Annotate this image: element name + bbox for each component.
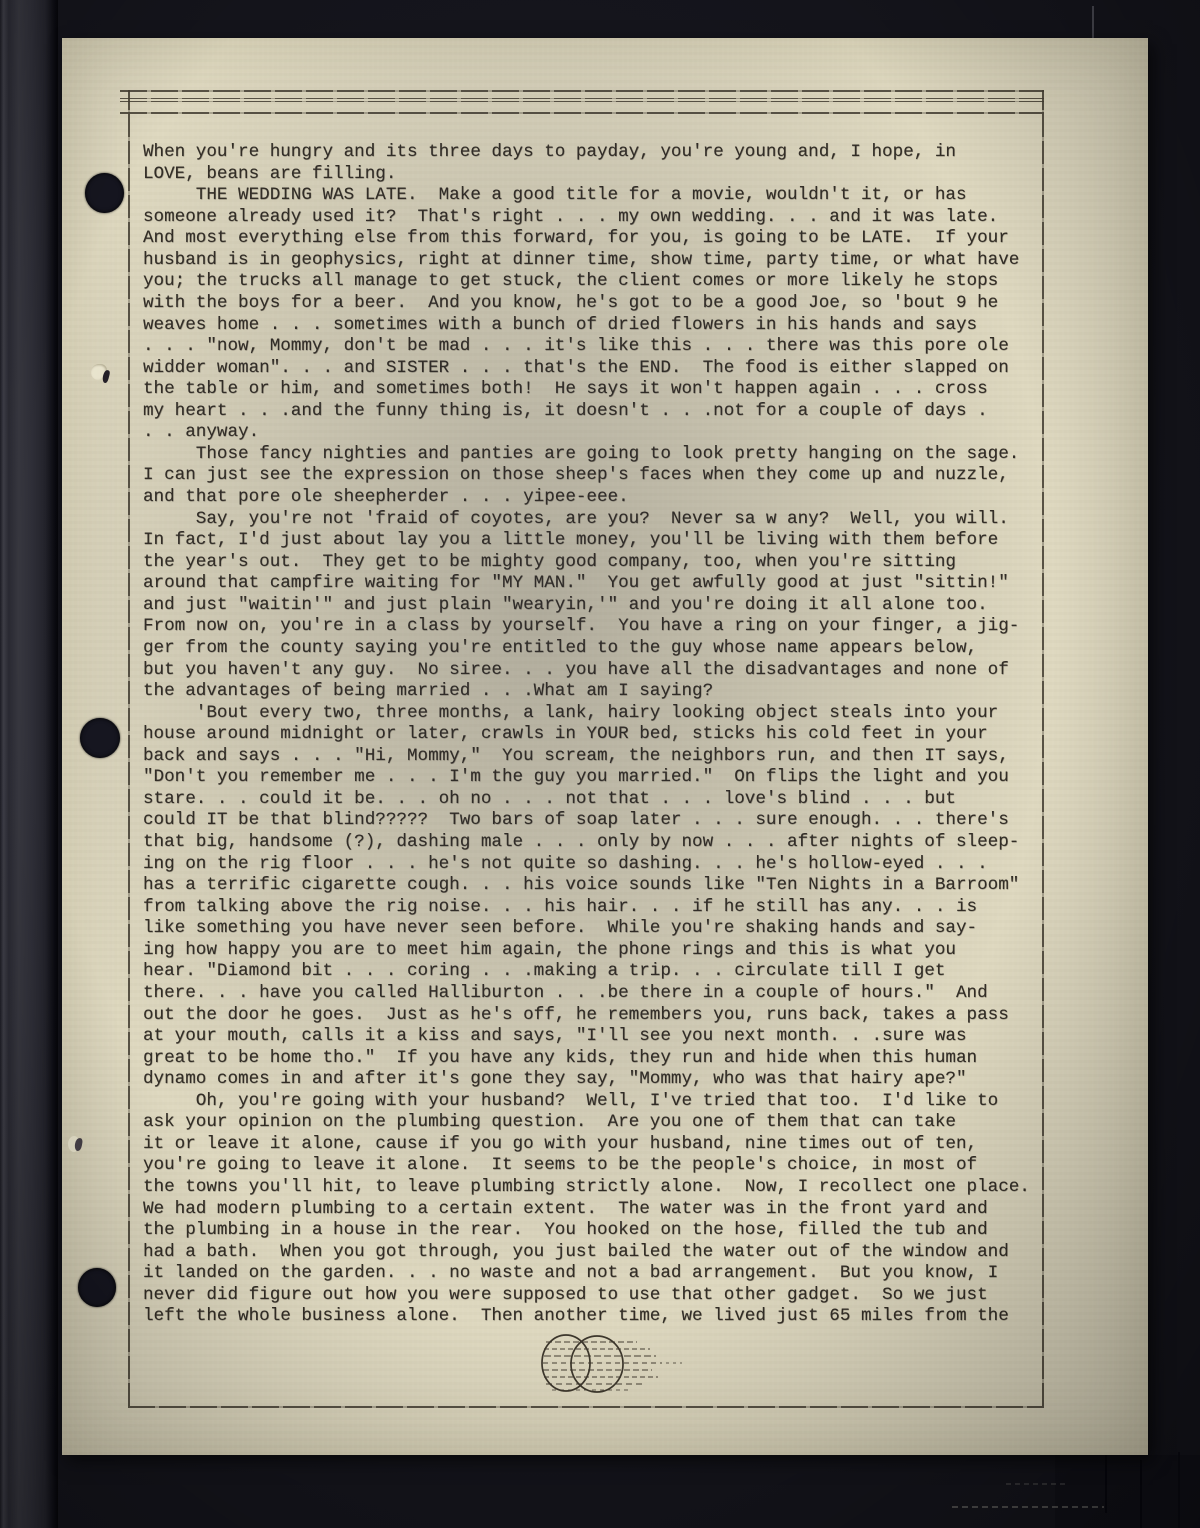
text-line: weaves home . . . sometimes with a bunch… bbox=[143, 315, 1048, 337]
hole-punch-bottom bbox=[78, 1268, 116, 1307]
text-line: it landed on the garden. . . no waste an… bbox=[143, 1263, 1048, 1285]
text-line: and that pore ole sheepherder . . . yipe… bbox=[143, 487, 1048, 509]
text-line: back and says . . . "Hi, Mommy," You scr… bbox=[143, 746, 1048, 768]
text-line: house around midnight or later, crawls i… bbox=[143, 724, 1048, 746]
text-line: the year's out. They get to be mighty go… bbox=[143, 552, 1048, 574]
text-line: ing on the rig floor . . . he's not quit… bbox=[143, 854, 1048, 876]
text-line: the advantages of being married . . .Wha… bbox=[143, 681, 1048, 703]
text-line: had a bath. When you got through, you ju… bbox=[143, 1242, 1048, 1264]
text-line: at your mouth, calls it a kiss and says,… bbox=[143, 1026, 1048, 1048]
text-line: widder woman". . . and SISTER . . . that… bbox=[143, 358, 1048, 380]
text-line: Oh, you're going with your husband? Well… bbox=[143, 1091, 1048, 1113]
text-line: From now on, you're in a class by yourse… bbox=[143, 616, 1048, 638]
text-line: like something you have never seen befor… bbox=[143, 918, 1048, 940]
text-line: out the door he goes. Just as he's off, … bbox=[143, 1005, 1048, 1027]
text-line: "Don't you remember me . . . I'm the guy… bbox=[143, 767, 1048, 789]
text-line: stare. . . could it be. . . oh no . . . … bbox=[143, 789, 1048, 811]
typed-seal-doodle bbox=[532, 1326, 732, 1411]
text-line: that big, handsome (?), dashing male . .… bbox=[143, 832, 1048, 854]
typed-text: When you're hungry and its three days to… bbox=[143, 142, 1048, 1328]
text-line: could IT be that blind????? Two bars of … bbox=[143, 810, 1048, 832]
text-line: hear. "Diamond bit . . . coring . . .mak… bbox=[143, 961, 1048, 983]
text-line: We had modern plumbing to a certain exte… bbox=[143, 1199, 1048, 1221]
text-line: I can just see the expression on those s… bbox=[143, 465, 1048, 487]
background-ghost-line bbox=[1140, 1460, 1142, 1528]
text-line: great to be home tho." If you have any k… bbox=[143, 1048, 1048, 1070]
text-line: ing how happy you are to meet him again,… bbox=[143, 940, 1048, 962]
text-line: THE WEDDING WAS LATE. Make a good title … bbox=[143, 185, 1048, 207]
background-ghost-line bbox=[1105, 1455, 1107, 1513]
text-line: dynamo comes in and after it's gone they… bbox=[143, 1069, 1048, 1091]
text-line: and just "waitin'" and just plain "weary… bbox=[143, 595, 1048, 617]
text-line: there. . . have you called Halliburton .… bbox=[143, 983, 1048, 1005]
text-line: . . anyway. bbox=[143, 422, 1048, 444]
paper-sheet: When you're hungry and its three days to… bbox=[62, 38, 1148, 1455]
text-line: In fact, I'd just about lay you a little… bbox=[143, 530, 1048, 552]
text-line: but you haven't any guy. No siree. . . y… bbox=[143, 660, 1048, 682]
frame-top-rule-3 bbox=[120, 101, 1044, 102]
scanned-page-background: When you're hungry and its three days to… bbox=[0, 0, 1200, 1528]
text-line: my heart . . .and the funny thing is, it… bbox=[143, 401, 1048, 423]
text-line: left the whole business alone. Then anot… bbox=[143, 1306, 1048, 1328]
background-scratch-mark bbox=[1006, 1483, 1068, 1485]
text-line: ask your opinion on the plumbing questio… bbox=[143, 1112, 1048, 1134]
binder-edge-strip bbox=[0, 0, 58, 1528]
frame-top-rule-4 bbox=[120, 112, 1044, 114]
background-ghost-line bbox=[1178, 1452, 1180, 1528]
text-line: you're going to leave it alone. It seems… bbox=[143, 1155, 1048, 1177]
text-line: . . . "now, Mommy, don't be mad . . . it… bbox=[143, 336, 1048, 358]
text-line: ger from the county saying you're entitl… bbox=[143, 638, 1048, 660]
text-line: LOVE, beans are filling. bbox=[143, 164, 1048, 186]
text-line: with the boys for a beer. And you know, … bbox=[143, 293, 1048, 315]
text-line: the table or him, and sometimes both! He… bbox=[143, 379, 1048, 401]
text-line: And most everything else from this forwa… bbox=[143, 228, 1048, 250]
text-line: the towns you'll hit, to leave plumbing … bbox=[143, 1177, 1048, 1199]
text-line: When you're hungry and its three days to… bbox=[143, 142, 1048, 164]
text-line: it or leave it alone, cause if you go wi… bbox=[143, 1134, 1048, 1156]
frame-top-rule-1 bbox=[120, 90, 1044, 92]
text-line: you; the trucks all manage to get stuck,… bbox=[143, 271, 1048, 293]
text-line: husband is in geophysics, right at dinne… bbox=[143, 250, 1048, 272]
paper-ink-speck bbox=[74, 1137, 83, 1151]
hole-punch-middle bbox=[80, 718, 120, 758]
text-line: 'Bout every two, three months, a lank, h… bbox=[143, 703, 1048, 725]
text-line: has a terrific cigarette cough. . . his … bbox=[143, 875, 1048, 897]
frame-top-rule-2 bbox=[120, 98, 1044, 99]
text-line: the plumbing in a house in the rear. You… bbox=[143, 1220, 1048, 1242]
text-line: Say, you're not 'fraid of coyotes, are y… bbox=[143, 509, 1048, 531]
text-line: around that campfire waiting for "MY MAN… bbox=[143, 573, 1048, 595]
text-line: Those fancy nighties and panties are goi… bbox=[143, 444, 1048, 466]
text-line: from talking above the rig noise. . . hi… bbox=[143, 897, 1048, 919]
background-scratch-mark bbox=[952, 1506, 1104, 1508]
frame-left-rule bbox=[128, 90, 130, 1406]
text-line: never did figure out how you were suppos… bbox=[143, 1285, 1048, 1307]
text-line: someone already used it? That's right . … bbox=[143, 207, 1048, 229]
hole-punch-top bbox=[85, 173, 124, 213]
